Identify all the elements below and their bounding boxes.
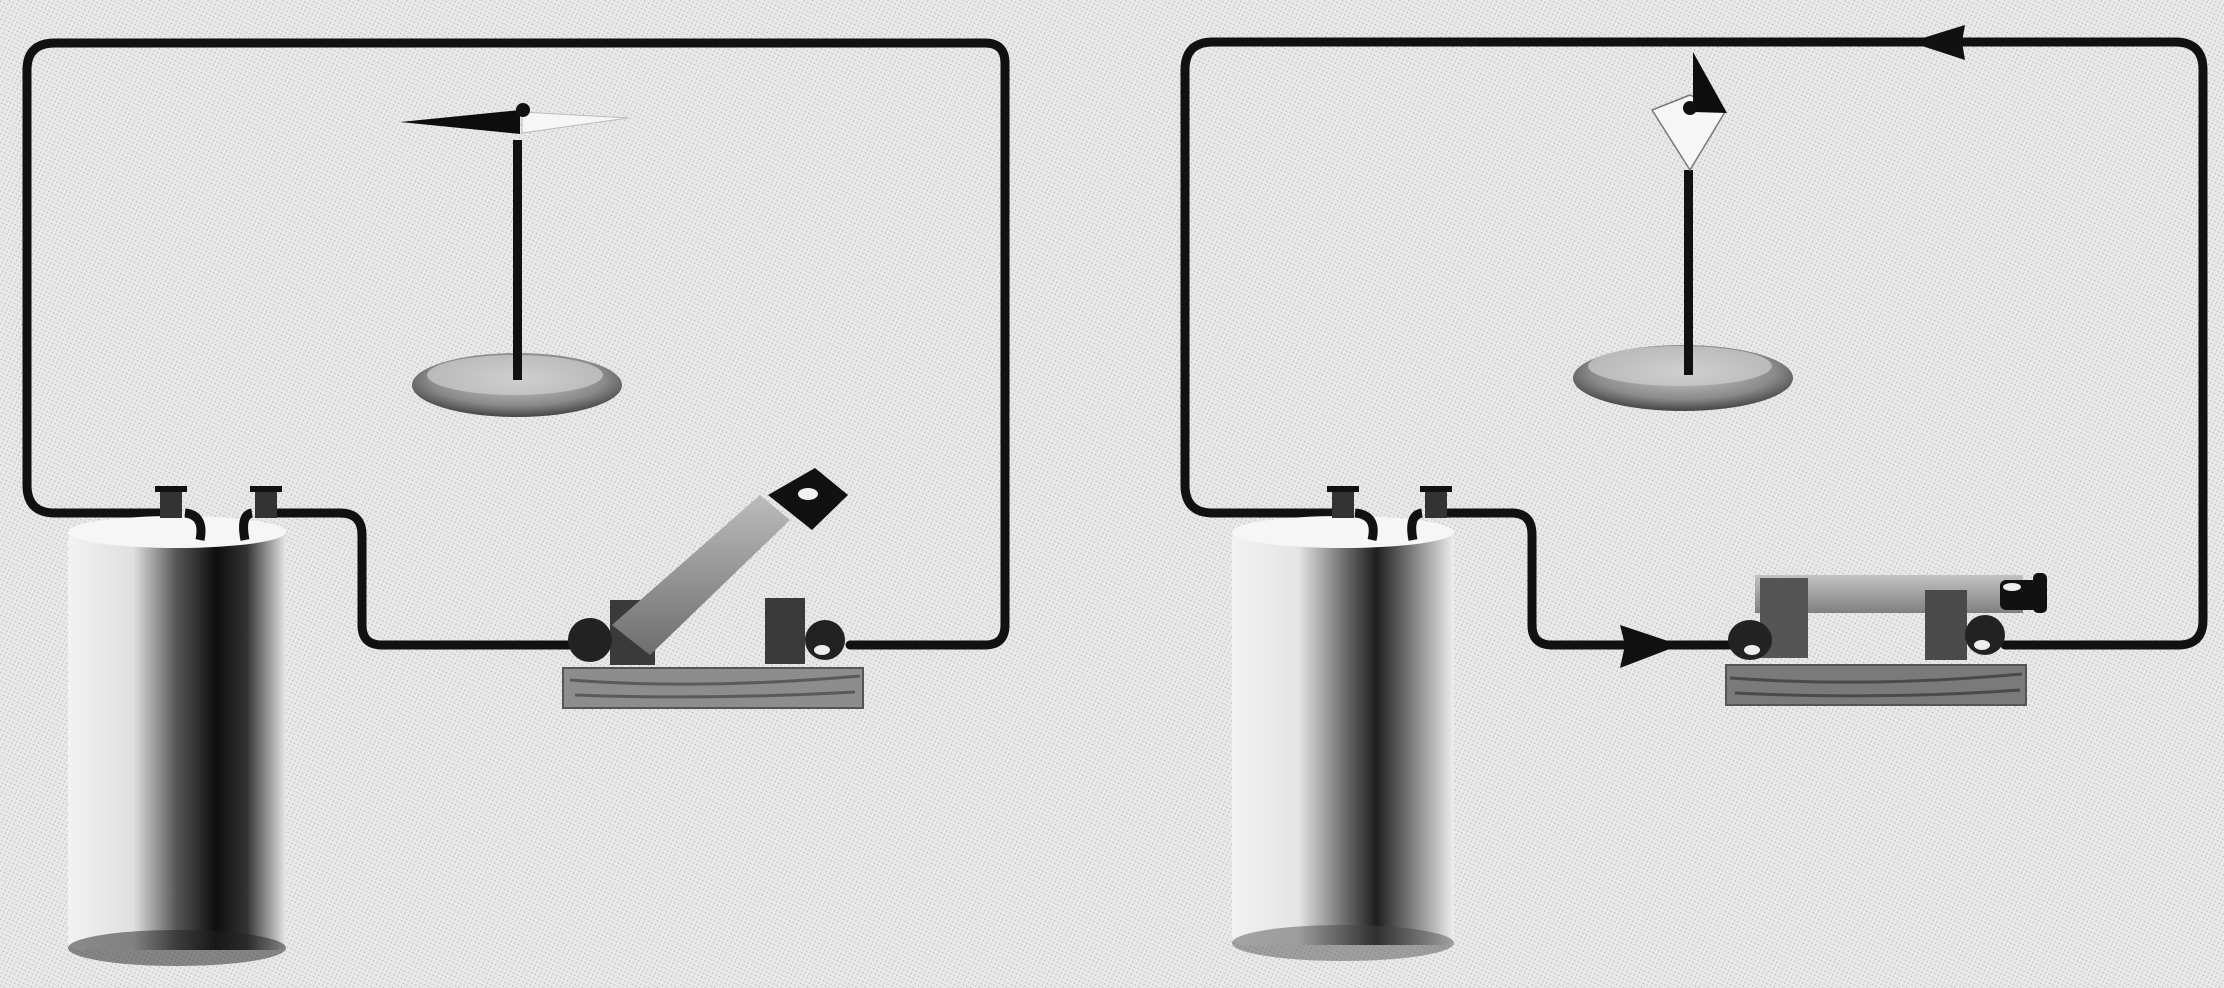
compass-post [513,140,522,380]
compass-post [1684,170,1693,375]
paper-background [0,0,2224,988]
compass-pivot [516,103,530,117]
switch-clip [765,598,805,664]
switch-clip [1925,590,1967,660]
battery [1232,486,1454,961]
compass-pivot [1683,101,1697,115]
switch-base-board [563,668,863,708]
oersted-figure: Oersted experiment: compass needle defle… [0,0,2224,988]
battery [68,486,286,966]
figure-canvas [0,0,2224,988]
switch-base-board [1726,665,2026,705]
